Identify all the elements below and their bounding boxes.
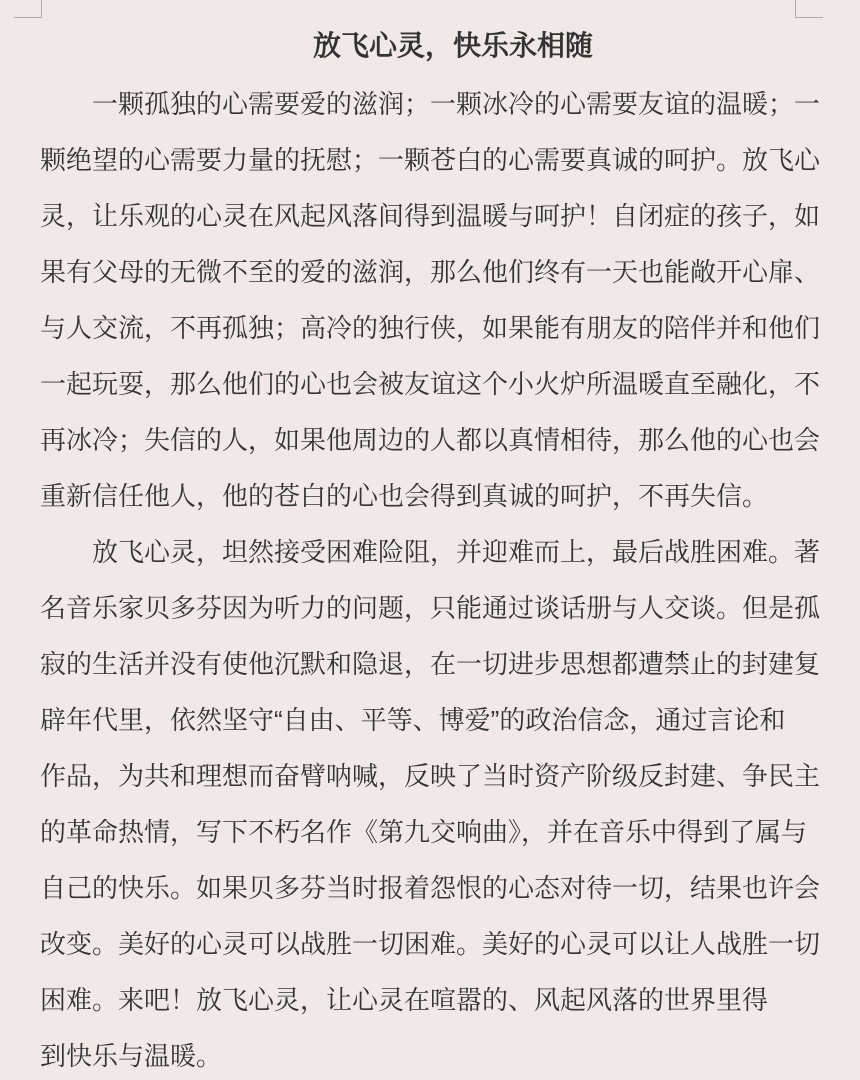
paragraph[interactable]: 一颗孤独的心需要爱的滋润；一颗冰冷的心需要友谊的温暖；一 颗绝望的心需要力量的抚… bbox=[40, 76, 832, 524]
text-line[interactable]: 与人交流，不再孤独；高冷的独行侠，如果能有朋友的陪伴并和他们 bbox=[40, 300, 832, 356]
text-line[interactable]: 放飞心灵，坦然接受困难险阻，并迎难而上，最后战胜困难。著 bbox=[40, 524, 832, 580]
text-line[interactable]: 再冰冷；失信的人，如果他周边的人都以真情相待，那么他的心也会 bbox=[40, 412, 832, 468]
text-line[interactable]: 改变。美好的心灵可以战胜一切困难。美好的心灵可以让人战胜一切 bbox=[40, 916, 832, 972]
document-body[interactable]: 一颗孤独的心需要爱的滋润；一颗冰冷的心需要友谊的温暖；一 颗绝望的心需要力量的抚… bbox=[40, 76, 832, 1080]
text-line[interactable]: 的革命热情，写下不朽名作《第九交响曲》，并在音乐中得到了属与 bbox=[40, 804, 832, 860]
text-line[interactable]: 果有父母的无微不至的爱的滋润，那么他们终有一天也能敞开心扉、 bbox=[40, 244, 832, 300]
text-line[interactable]: 到快乐与温暖。 bbox=[40, 1028, 832, 1080]
text-line[interactable]: 辟年代里，依然坚守“自由、平等、博爱”的政治信念，通过言论和 bbox=[40, 692, 832, 748]
text-line[interactable]: 颗绝望的心需要力量的抚慰；一颗苍白的心需要真诚的呵护。放飞心 bbox=[40, 132, 832, 188]
text-line[interactable]: 寂的生活并没有使他沉默和隐退，在一切进步思想都遭禁止的封建复 bbox=[40, 636, 832, 692]
text-line[interactable]: 名音乐家贝多芬因为听力的问题，只能通过谈话册与人交谈。但是孤 bbox=[40, 580, 832, 636]
document-title[interactable]: 放飞心灵，快乐永相随 bbox=[0, 26, 860, 66]
text-line[interactable]: 灵，让乐观的心灵在风起风落间得到温暖与呵护！自闭症的孩子，如 bbox=[40, 188, 832, 244]
page: { "page": { "background_color": "#f1e9e7… bbox=[0, 0, 860, 1080]
text-line[interactable]: 自己的快乐。如果贝多芬当时报着怨恨的心态对待一切，结果也许会 bbox=[40, 860, 832, 916]
text-line[interactable]: 作品，为共和理想而奋臂呐喊，反映了当时资产阶级反封建、争民主 bbox=[40, 748, 832, 804]
text-line[interactable]: 一起玩耍，那么他们的心也会被友谊这个小火炉所温暖直至融化，不 bbox=[40, 356, 832, 412]
paragraph[interactable]: 放飞心灵，坦然接受困难险阻，并迎难而上，最后战胜困难。著 名音乐家贝多芬因为听力… bbox=[40, 524, 832, 1080]
text-line[interactable]: 重新信任他人，他的苍白的心也会得到真诚的呵护，不再失信。 bbox=[40, 468, 832, 524]
text-boundary-mark-top-left bbox=[14, 0, 42, 18]
text-boundary-mark-top-right bbox=[795, 0, 823, 18]
text-line[interactable]: 一颗孤独的心需要爱的滋润；一颗冰冷的心需要友谊的温暖；一 bbox=[40, 76, 832, 132]
text-line[interactable]: 困难。来吧！放飞心灵，让心灵在喧嚣的、风起风落的世界里得 bbox=[40, 972, 832, 1028]
